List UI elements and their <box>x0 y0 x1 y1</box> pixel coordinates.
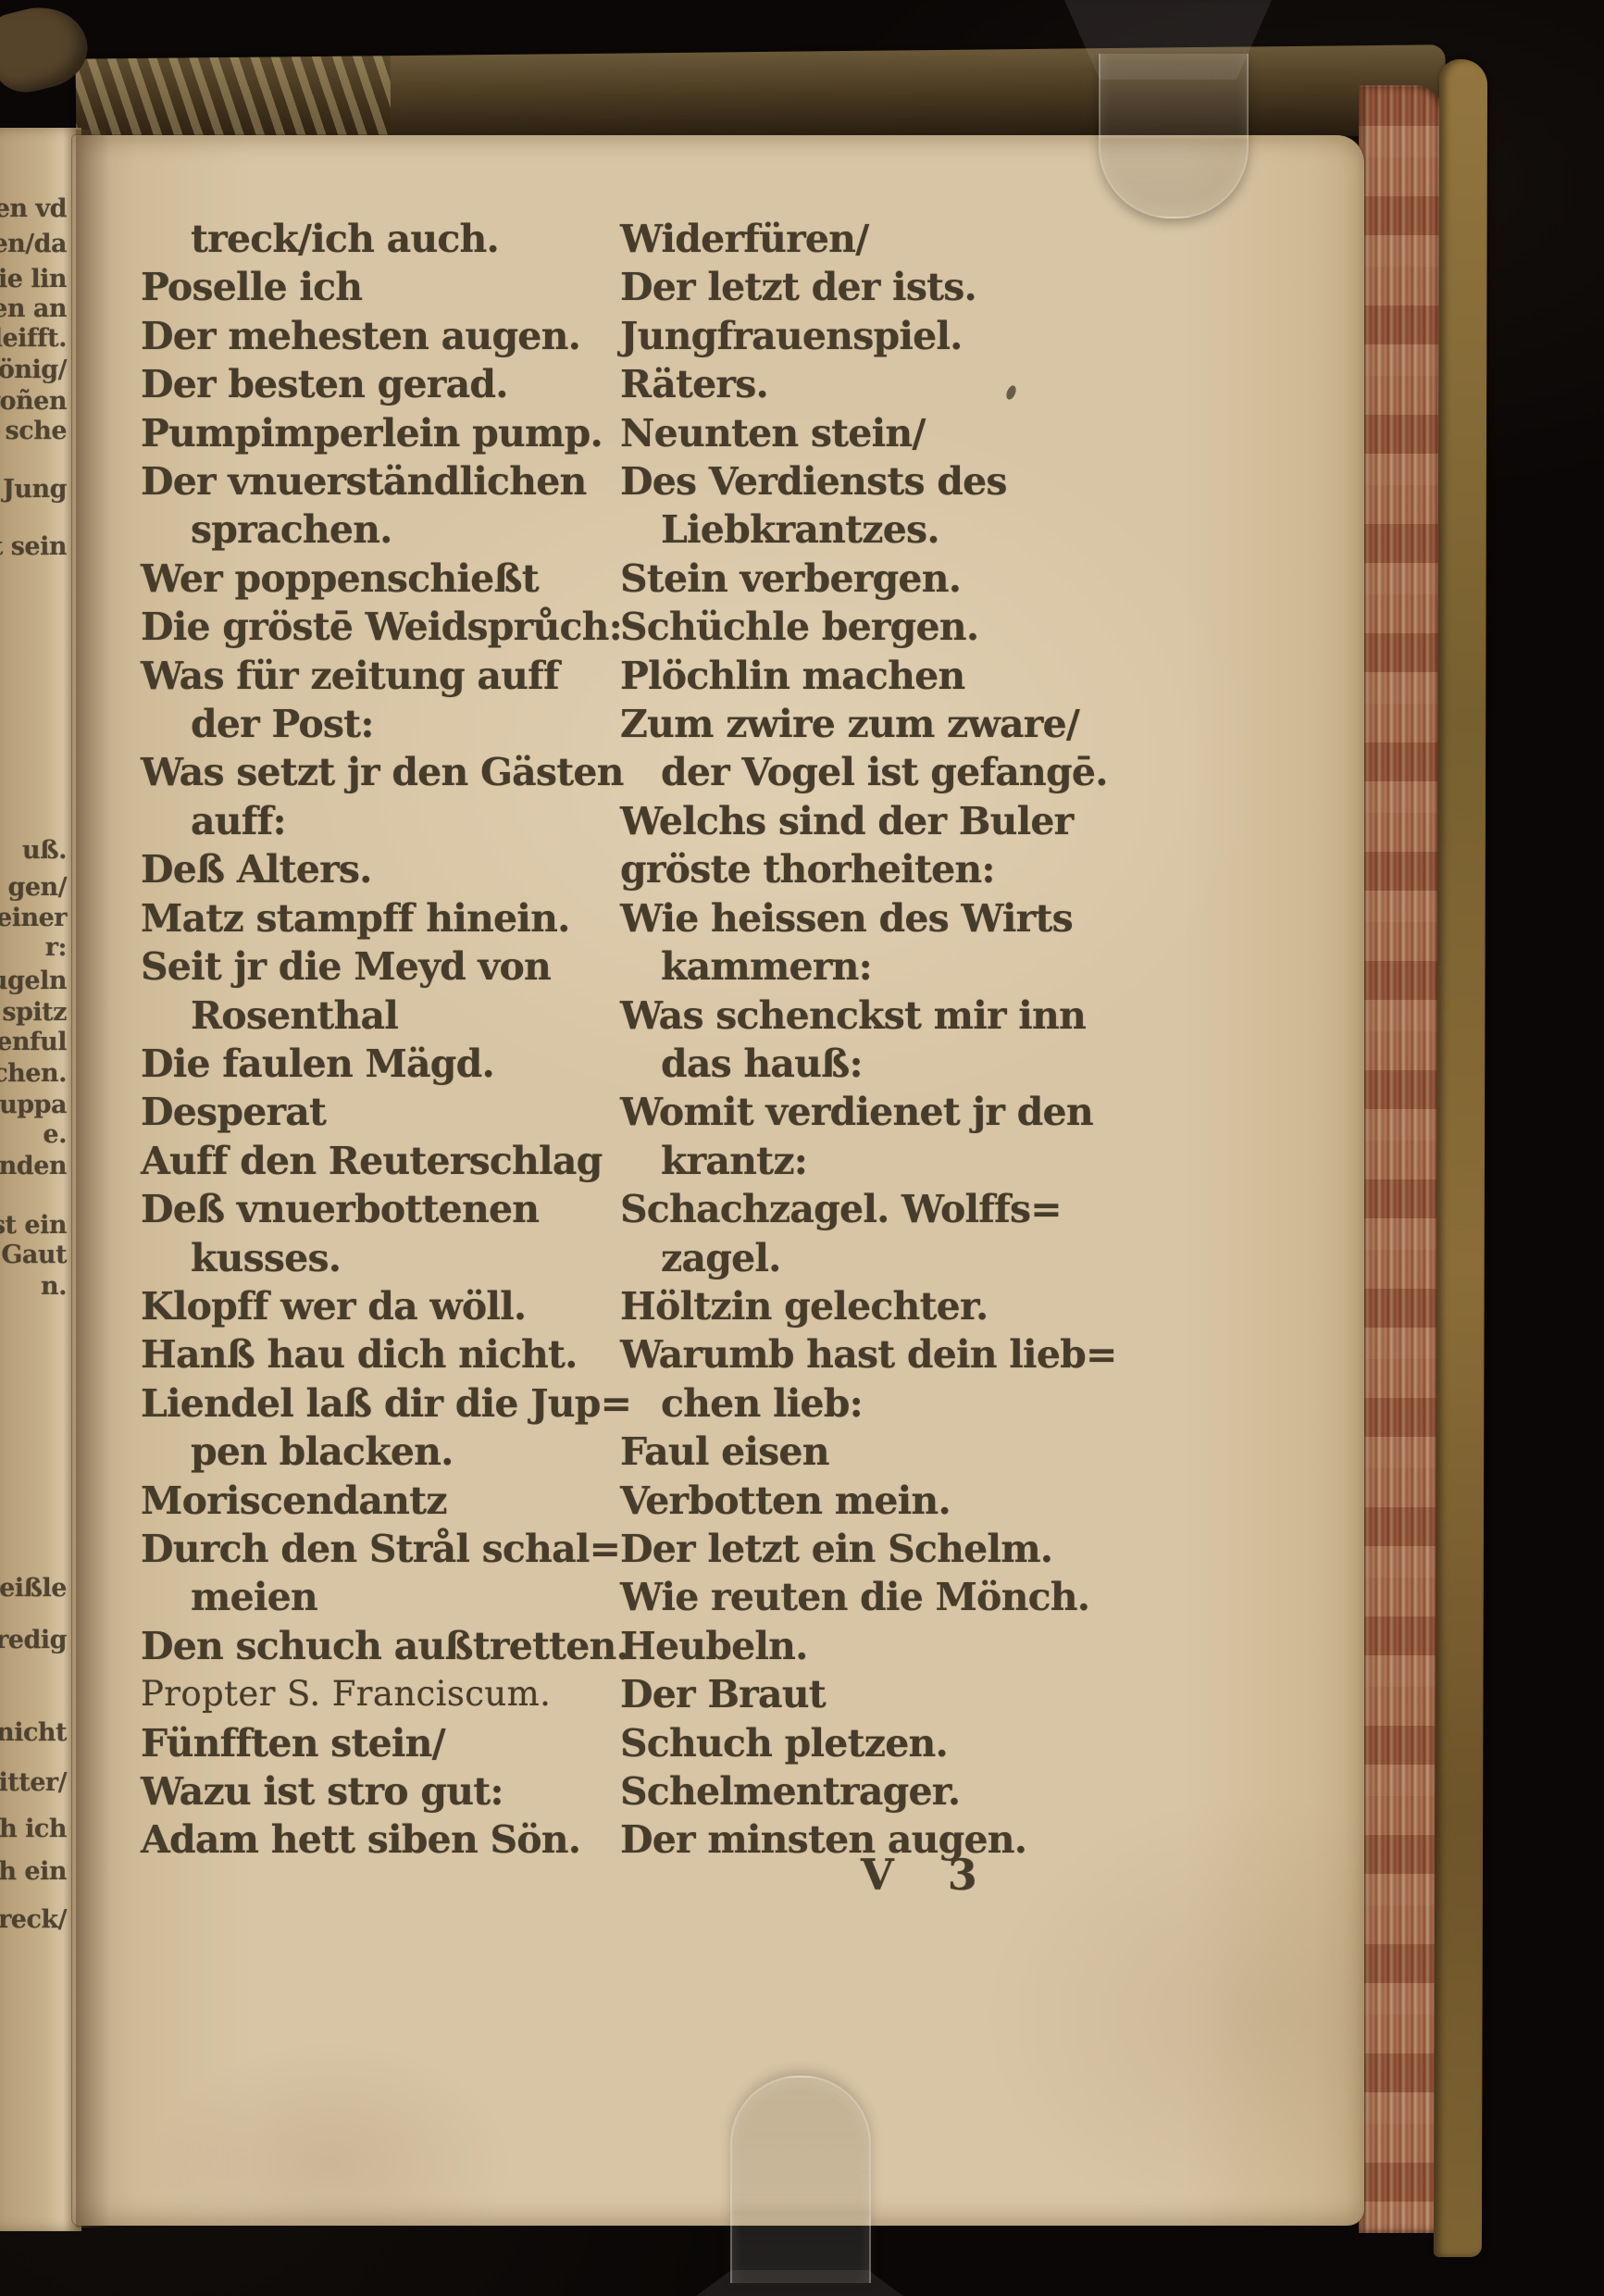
index-line: pen blacken. <box>141 1428 622 1476</box>
index-line: Wer poppenschießt <box>141 555 622 603</box>
index-line: Schüchle bergen. <box>620 603 1268 651</box>
edge-fragment: h geschleifft. <box>0 324 67 353</box>
index-line: Plöchlin machen <box>620 652 1268 700</box>
index-line: Räters. <box>620 360 1268 408</box>
book-page: treck/ich auch.Poselle ichDer mehesten a… <box>72 135 1364 2226</box>
edge-fragment: schickt sein <box>0 532 67 561</box>
index-line: Schuch pletzen. <box>620 1719 1268 1767</box>
edge-fragment: uß. <box>22 836 67 865</box>
signature-number: 3 <box>948 1850 977 1900</box>
index-line: Die faulen Mägd. <box>141 1040 622 1088</box>
edge-fragment: schnellkugeln <box>0 967 67 995</box>
index-line: Der Braut <box>620 1670 1268 1718</box>
edge-fragment: er spitz <box>0 998 67 1027</box>
edge-fragment: inn die lin <box>0 265 67 293</box>
edge-fragment: mit händen <box>0 1152 67 1180</box>
index-line: Seit jr die Meyd von <box>141 942 622 991</box>
edge-fragment: San oh ein <box>0 1857 67 1886</box>
index-line: der Vogel ist gefangē. <box>620 748 1268 796</box>
index-line: Deß Alters. <box>141 845 622 893</box>
index-line: Heubeln. <box>620 1622 1268 1670</box>
book-cover-edge <box>1434 59 1487 2257</box>
index-line: krantz: <box>620 1137 1268 1185</box>
index-line: Der vnuerständlichen <box>141 457 622 505</box>
index-line: treck/ich auch. <box>141 215 622 263</box>
index-line: Der letzt ein Schelm. <box>620 1525 1268 1573</box>
index-line: gröste thorheiten: <box>620 845 1268 893</box>
edge-fragment: stechen. <box>0 1059 67 1088</box>
signature-letter: V <box>861 1850 894 1900</box>
index-line: Stein verbergen. <box>620 555 1268 603</box>
index-line: Verbotten mein. <box>620 1477 1268 1525</box>
index-line: Was setzt jr den Gästen <box>141 748 622 796</box>
edge-fragment: en trei Jung <box>0 475 67 504</box>
bottom-strap <box>730 2076 871 2283</box>
index-line: Die gröstē Weidsprůch: <box>141 603 622 651</box>
signature-mark: V3 <box>861 1850 977 1900</box>
index-line: chen lieb: <box>620 1379 1268 1428</box>
index-line: der Post: <box>141 700 622 748</box>
index-line: meien <box>141 1573 622 1621</box>
photo-scene: änden vdurniren/dainn die lind/ vñ den a… <box>0 0 1604 2296</box>
index-line: Wie heissen des Wirts <box>620 894 1268 942</box>
edge-fragment: r: <box>45 933 67 962</box>
gutter-shadow <box>76 130 117 2227</box>
book-fore-edge <box>1359 85 1446 2233</box>
index-line: das hauß: <box>620 1040 1268 1088</box>
edge-fragment: gen/ <box>7 873 67 902</box>
index-line: Welchs sind der Buler <box>620 797 1268 845</box>
edge-fragment: mein Gaut <box>0 1241 67 1269</box>
edge-fragment: chs gitter/ <box>0 1768 67 1797</box>
index-line: Rosenthal <box>141 992 622 1040</box>
edge-fragment: änden vd <box>0 194 67 223</box>
edge-fragment: treck/ <box>0 1905 67 1934</box>
index-line: Der besten gerad. <box>141 360 622 408</box>
edge-fragment: d/ vñ den an <box>0 294 67 323</box>
index-line: Was schenckst mir inn <box>620 992 1268 1040</box>
edge-fragment: n der König/ <box>0 356 67 384</box>
index-line: Schachzagel. Wolffs= <box>620 1185 1268 1233</box>
index-line: Warumb hast dein lieb= <box>620 1330 1268 1379</box>
index-line: Der letzt der ists. <box>620 263 1268 311</box>
index-line: Höltzin gelechter. <box>620 1282 1268 1330</box>
index-line: Jungfrauenspiel. <box>620 312 1268 360</box>
index-line: Liendel laß dir die Jup= <box>141 1379 622 1428</box>
edge-fragment: nur nicht <box>0 1718 67 1747</box>
edge-fragment: n. <box>41 1272 67 1301</box>
index-line: Wie reuten die Mönch. <box>620 1573 1268 1621</box>
edge-fragment: t ist gewoñen <box>0 387 67 416</box>
edge-fragment: e. <box>43 1120 67 1149</box>
index-line: Widerfüren/ <box>620 215 1268 263</box>
index-line: Womit verdienet jr den <box>620 1088 1268 1136</box>
index-line: Poselle ich <box>141 263 622 311</box>
index-line: Wazu ist stro gut: <box>141 1767 622 1816</box>
index-line: Desperat <box>141 1088 622 1136</box>
index-line: Durch den Strål schal= <box>141 1525 622 1573</box>
index-line: Neunten stein/ <box>620 409 1268 457</box>
index-line: Liebkrantzes. <box>620 505 1268 554</box>
bottom-strap-flare <box>696 2270 903 2296</box>
edge-fragment: n ist ein <box>0 1211 67 1240</box>
index-line: Moriscendantz <box>141 1477 622 1525</box>
index-line: Deß vnuerbottenen <box>141 1185 622 1233</box>
index-line: zagel. <box>620 1234 1268 1282</box>
edge-fragment: urniren/da <box>0 230 67 258</box>
index-line: Schelmentrager. <box>620 1767 1268 1816</box>
index-line: auff: <box>141 797 622 845</box>
index-line: kammern: <box>620 942 1268 991</box>
edge-fragment: uckē suppa <box>0 1091 67 1119</box>
index-line: Fünfften stein/ <box>141 1719 622 1767</box>
edge-fragment: redig <box>0 1626 67 1654</box>
index-line: Auff den Reuterschlag <box>141 1137 622 1185</box>
index-column-right: Widerfüren/Der letzt der ists.Jungfrauen… <box>620 215 1268 1865</box>
index-line: Adam hett siben Sön. <box>141 1816 622 1864</box>
top-strap <box>1099 54 1249 218</box>
edge-fragment: / kautenful <box>0 1028 67 1056</box>
index-line: Des Verdiensts des <box>620 457 1268 505</box>
index-line: Pumpimperlein pump. <box>141 409 622 457</box>
edge-fragment: rben des sche <box>0 417 67 445</box>
index-line: Hanß hau dich nicht. <box>141 1330 622 1379</box>
index-line: kusses. <box>141 1234 622 1282</box>
index-line: Was für zeitung auff <box>141 652 622 700</box>
index-line: Den schuch außtretten. <box>141 1622 622 1670</box>
index-line: Der mehesten augen. <box>141 312 622 360</box>
index-column-left: treck/ich auch.Poselle ichDer mehesten a… <box>141 215 622 1865</box>
edge-fragment: vnd seiner <box>0 904 67 932</box>
index-line: Propter S. Franciscum. <box>141 1670 622 1718</box>
edge-fragment: auch ich <box>0 1815 67 1843</box>
index-line: Zum zwire zum zware/ <box>620 700 1268 748</box>
index-line: Faul eisen <box>620 1428 1268 1476</box>
facing-page-sliver: änden vdurniren/dainn die lind/ vñ den a… <box>0 128 81 2231</box>
index-line: sprachen. <box>141 505 622 554</box>
edge-fragment: treißle <box>0 1574 67 1603</box>
index-line: Matz stampff hinein. <box>141 894 622 942</box>
index-line: Klopff wer da wöll. <box>141 1282 622 1330</box>
